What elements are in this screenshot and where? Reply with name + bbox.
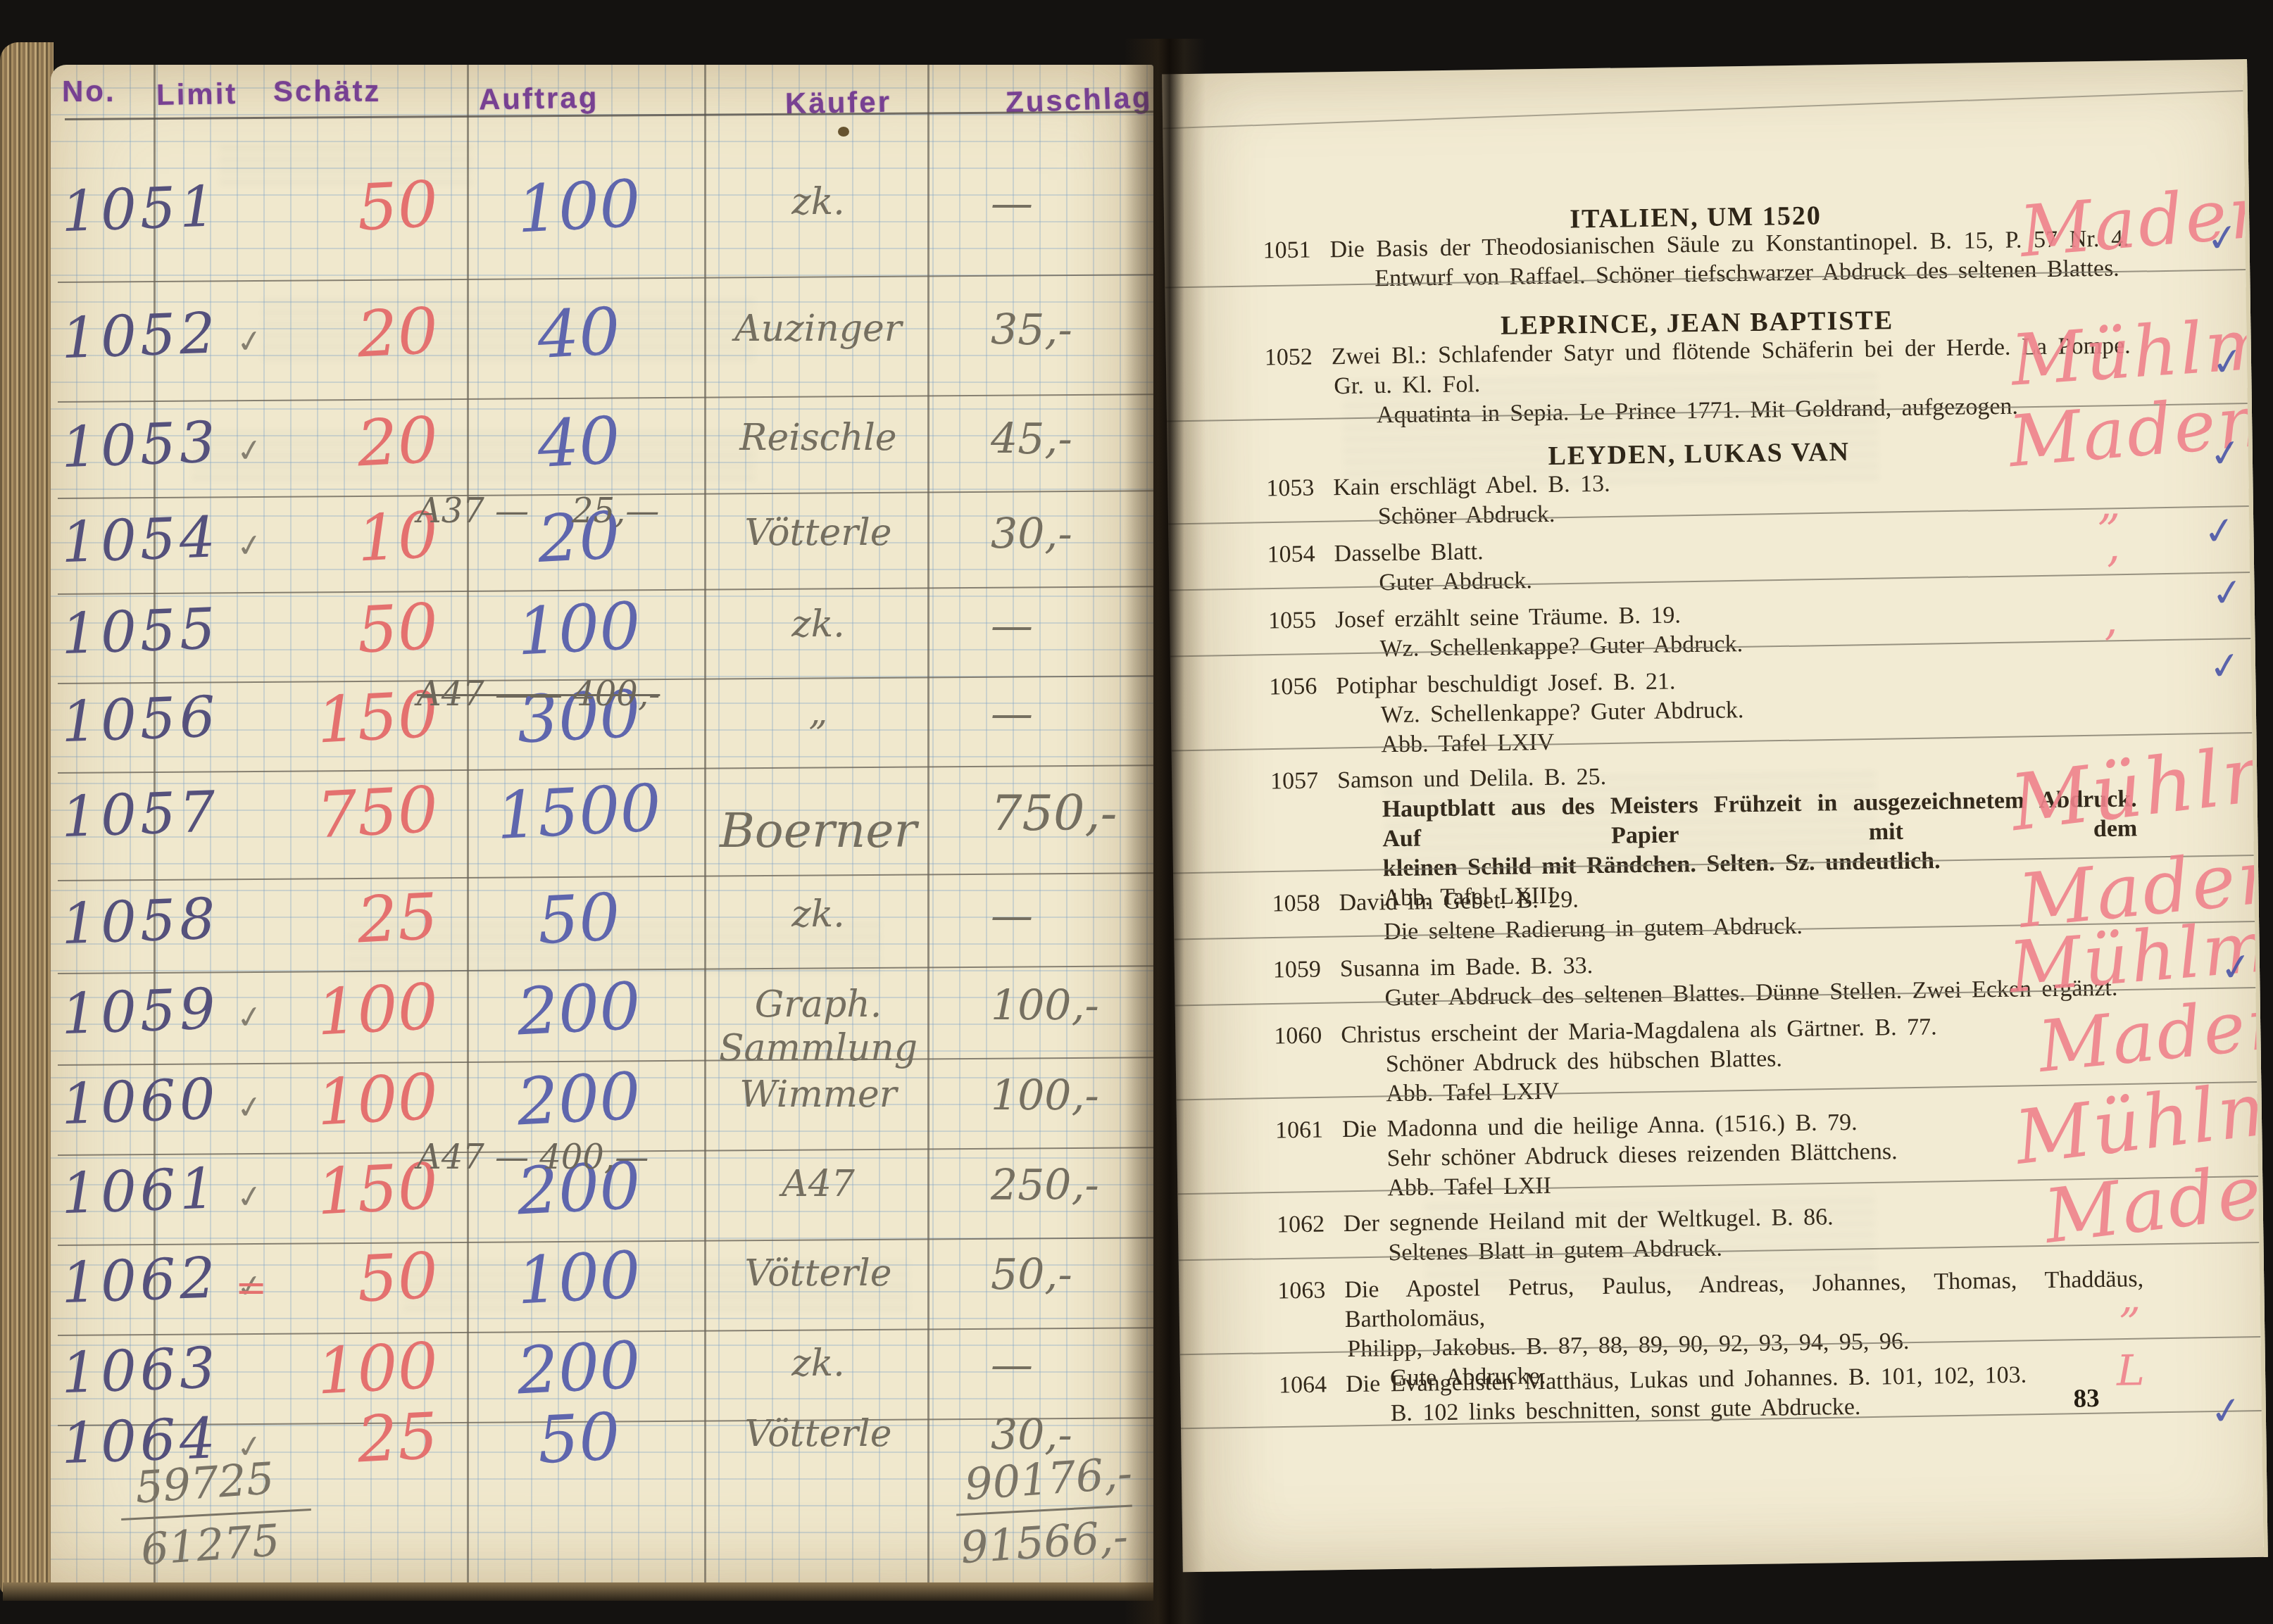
schaetz-value: 50 bbox=[478, 1396, 679, 1482]
entry-number: 1059 bbox=[1273, 955, 1341, 985]
column-header-no: No. bbox=[62, 75, 116, 108]
limit-value: 25 bbox=[260, 1399, 439, 1483]
buyer-value: Reischle bbox=[699, 416, 938, 460]
buyer-value: zk. bbox=[699, 1342, 938, 1385]
lot-number: 1060 bbox=[60, 1066, 231, 1137]
lot-number: 1053 bbox=[60, 409, 231, 480]
bleed-through bbox=[1424, 1191, 1876, 1289]
lot-number: 1051 bbox=[60, 173, 231, 244]
buyer-annotation-ditto-1063: „ bbox=[2119, 1273, 2143, 1322]
check-icon: ✓ bbox=[234, 998, 265, 1038]
buyer-annotation-1064: L bbox=[2117, 1346, 2148, 1396]
buyer-value: Graph. Sammlung bbox=[699, 983, 938, 1070]
entry-number: 1058 bbox=[1272, 888, 1339, 919]
entry-title: Dasselbe Blatt. bbox=[1334, 539, 1483, 567]
book-gutter-shadow bbox=[1124, 39, 1206, 1624]
entry-number: 1063 bbox=[1277, 1276, 1345, 1306]
auftrag-note-1061: A47 — 400,— bbox=[417, 1138, 783, 1177]
lot-number: 1058 bbox=[60, 886, 231, 957]
entry-number: 1054 bbox=[1267, 539, 1334, 569]
limit-value: 50 bbox=[260, 1239, 439, 1322]
bleed-through bbox=[1383, 768, 1877, 874]
bleed-through bbox=[1342, 367, 1879, 487]
limit-grand-total: 61275 bbox=[139, 1514, 282, 1575]
entry-number: 1053 bbox=[1266, 473, 1334, 503]
catalog-right-page: ITALIEN, UM 1520 1051Die Basis der Theod… bbox=[1162, 59, 2268, 1572]
entry-number: 1051 bbox=[1263, 235, 1330, 265]
check-icon: ✓ bbox=[2206, 642, 2243, 690]
book-page-edge-stack bbox=[0, 42, 54, 1594]
check-icon: ✓ bbox=[2208, 1387, 2244, 1435]
lot-number: 1056 bbox=[60, 684, 231, 755]
catalog-entry-1054: 1054Dasselbe Blatt. Guter Abdruck. bbox=[1267, 528, 2134, 599]
entry-number: 1057 bbox=[1270, 766, 1338, 796]
ruled-line bbox=[65, 111, 1153, 120]
entry-title: David im Gebet. B. 29. bbox=[1339, 886, 1579, 916]
ledger-row-1052: 1052 ✓ 20 40 Auzinger 35,- bbox=[51, 303, 1153, 408]
buyer-value: Vötterle bbox=[699, 1252, 938, 1295]
check-icon: ✓ bbox=[2217, 943, 2254, 991]
limit-value: 50 bbox=[260, 168, 439, 251]
check-icon: ✓ bbox=[2207, 429, 2243, 477]
schaetz-value: 40 bbox=[478, 400, 679, 486]
lot-number: 1054 bbox=[60, 504, 231, 575]
entry-number: 1064 bbox=[1279, 1370, 1346, 1400]
limit-value: 150 bbox=[260, 678, 439, 761]
entry-title: Potiphar beschuldigt Josef. B. 21. bbox=[1336, 668, 1676, 699]
buyer-value: zk. bbox=[699, 893, 938, 936]
zuschlag-grand-total: 91566,- bbox=[959, 1511, 1129, 1573]
entry-title: Josef erzählt seine Träume. B. 19. bbox=[1335, 602, 1681, 633]
lot-number: 1062 bbox=[60, 1245, 231, 1316]
check-icon: ✓ bbox=[234, 527, 265, 566]
ledger-photo: No. Limit Schätz Auftrag Käufer Zuschlag bbox=[0, 0, 2273, 1624]
limit-value: 50 bbox=[260, 590, 439, 673]
schaetz-value: 200 bbox=[478, 967, 679, 1052]
limit-value: 100 bbox=[260, 1329, 439, 1412]
limit-value: 150 bbox=[260, 1150, 439, 1233]
lot-number: 1061 bbox=[60, 1155, 231, 1226]
limit-value: 20 bbox=[260, 294, 439, 377]
entry-number: 1055 bbox=[1268, 605, 1336, 636]
check-icon: ✓ bbox=[2201, 507, 2238, 555]
entry-number: 1056 bbox=[1269, 672, 1336, 702]
ledger-left-page: No. Limit Schätz Auftrag Käufer Zuschlag bbox=[51, 65, 1153, 1585]
auftrag-note-1056-struck: A47 —— 400,- bbox=[417, 674, 783, 714]
ledger-row-1057: 1057 750 1500 Boerner 750,- bbox=[51, 781, 1153, 887]
limit-value: 20 bbox=[260, 403, 439, 486]
column-header-schaetz: Schätz bbox=[273, 75, 381, 108]
buyer-annotation-ditto-1055: ’ bbox=[2105, 548, 2122, 600]
page-number: 83 bbox=[2073, 1383, 2100, 1414]
check-icon: ✓ bbox=[2209, 569, 2246, 617]
limit-value: 750 bbox=[260, 773, 439, 856]
buyer-value: zk. bbox=[699, 180, 938, 224]
lot-number: 1057 bbox=[60, 779, 231, 850]
catalog-entry-1055: 1055Josef erzählt seine Träume. B. 19. W… bbox=[1268, 594, 2135, 665]
entry-title: Die Madonna und die heilige Anna. (1516.… bbox=[1342, 1109, 1858, 1143]
buyer-value: Vötterle bbox=[699, 1412, 938, 1456]
entry-number: 1061 bbox=[1275, 1115, 1343, 1145]
limit-value: 10 bbox=[260, 498, 439, 581]
auftrag-note-1054: A37 — 25,— bbox=[417, 491, 783, 531]
entry-number: 1052 bbox=[1264, 342, 1332, 372]
schaetz-value: 1500 bbox=[478, 769, 679, 855]
buyer-annotation-ditto-1056: ’ bbox=[2103, 622, 2119, 674]
lot-number: 1052 bbox=[60, 300, 231, 371]
column-header-limit: Limit bbox=[156, 77, 238, 112]
column-header-auftrag: Auftrag bbox=[479, 81, 599, 117]
column-header-kaeufer: Käufer bbox=[785, 85, 892, 121]
schaetz-value: 50 bbox=[478, 876, 679, 962]
catalog-entry-1051: 1051Die Basis der Theodosianischen Säule… bbox=[1263, 224, 2129, 295]
buyer-annotation-ditto-1054: „ bbox=[2097, 478, 2123, 530]
entry-number: 1062 bbox=[1277, 1209, 1344, 1240]
schaetz-value: 200 bbox=[478, 1057, 679, 1143]
limit-value: 100 bbox=[260, 1060, 439, 1143]
schaetz-value: 100 bbox=[478, 586, 679, 672]
schaetz-value: 100 bbox=[478, 1235, 679, 1321]
ledger-row-1051: 1051 50 100 zk. — bbox=[51, 176, 1153, 282]
lot-number: 1063 bbox=[60, 1335, 231, 1406]
limit-value: 100 bbox=[260, 970, 439, 1053]
buyer-value: Auzinger bbox=[699, 307, 938, 351]
check-icon: ✓ bbox=[2204, 214, 2241, 262]
check-icon: ✓ bbox=[234, 322, 265, 362]
book-bottom-edge bbox=[3, 1582, 1153, 1601]
ink-blot bbox=[838, 127, 849, 137]
ruled-line bbox=[1163, 90, 2243, 130]
limit-value: 25 bbox=[260, 880, 439, 963]
lot-number: 1055 bbox=[60, 596, 231, 667]
check-icon: ✓ bbox=[2209, 338, 2246, 386]
entry-title: Susanna im Bade. B. 33. bbox=[1340, 952, 1593, 982]
buyer-value: Boerner bbox=[699, 810, 938, 853]
buyer-value: zk. bbox=[699, 603, 938, 646]
check-icon: ✓ bbox=[234, 432, 265, 471]
check-icon: ✓ bbox=[234, 1088, 265, 1128]
schaetz-value: 100 bbox=[478, 164, 679, 250]
limit-subtotal: 59725 bbox=[134, 1452, 276, 1513]
entry-number: 1060 bbox=[1274, 1021, 1341, 1051]
buyer-value: Wimmer bbox=[699, 1073, 938, 1116]
check-icon: ✓ bbox=[234, 1178, 265, 1217]
schaetz-value: 40 bbox=[478, 291, 679, 377]
lot-number: 1059 bbox=[60, 976, 231, 1047]
